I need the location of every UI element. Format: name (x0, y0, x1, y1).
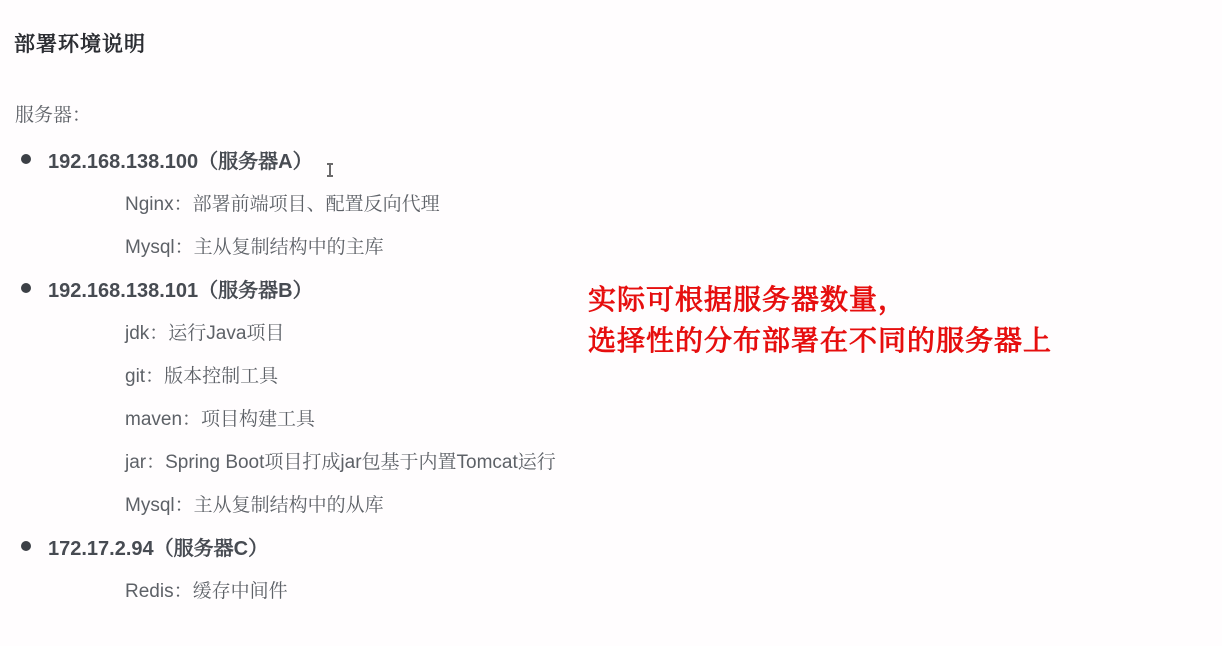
server-b-item-jar: jar：Spring Boot项目打成jar包基于内置Tomcat运行 (125, 447, 556, 473)
server-heading-b: 192.168.138.101（服务器B） (21, 275, 313, 301)
annotation-line: 实际可根据服务器数量， (588, 279, 1052, 320)
server-b-item-maven: maven：项目构建工具 (125, 404, 315, 430)
server-heading-label: 192.168.138.100（服务器A） (48, 145, 313, 174)
annotation-line: 选择性的分布部署在不同的服务器上 (588, 320, 1052, 361)
server-heading-a: 192.168.138.100（服务器A） (21, 146, 313, 172)
server-b-item-git: git：版本控制工具 (125, 361, 278, 387)
document-page: 部署环境说明 服务器： 192.168.138.100（服务器A） Nginx：… (0, 0, 1222, 646)
server-c-item-redis: Redis：缓存中间件 (125, 576, 288, 602)
text-cursor-icon (326, 163, 334, 177)
page-title: 部署环境说明 (14, 28, 146, 58)
servers-label: 服务器： (15, 100, 91, 127)
server-heading-label: 192.168.138.101（服务器B） (48, 274, 313, 303)
server-a-item-nginx: Nginx：部署前端项目、配置反向代理 (125, 189, 440, 215)
server-b-item-jdk: jdk：运行Java项目 (125, 318, 284, 344)
server-heading-label: 172.17.2.94（服务器C） (48, 532, 268, 561)
annotation-note: 实际可根据服务器数量， 选择性的分布部署在不同的服务器上 (588, 279, 1052, 361)
server-a-item-mysql: Mysql：主从复制结构中的主库 (125, 232, 384, 258)
server-b-item-mysql: Mysql：主从复制结构中的从库 (125, 490, 384, 516)
server-heading-c: 172.17.2.94（服务器C） (21, 533, 268, 559)
bullet-icon (21, 154, 31, 164)
bullet-icon (21, 283, 31, 293)
bullet-icon (21, 541, 31, 551)
